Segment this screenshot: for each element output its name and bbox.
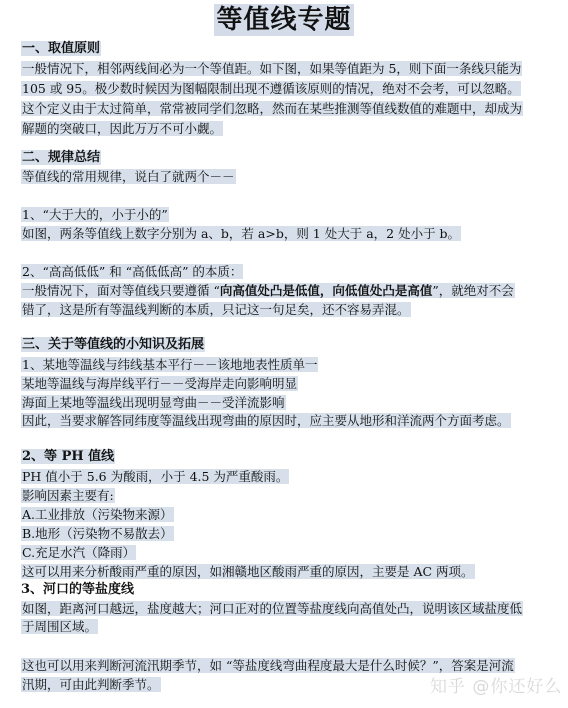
paragraph-line: PH 值小于 5.6 为酸雨，小于 4.5 为严重酸雨。: [21, 467, 289, 487]
list-item: B.地形（污染物不易散去）: [21, 524, 174, 544]
paragraph-line: 影响因素主要有:: [21, 486, 115, 506]
paragraph-line: 因此，当要求解答同纬度等温线出现弯曲的原因时，应主要从地形和洋流两个方面考虑。: [21, 411, 511, 431]
paragraph-line: 错了，这是所有等温线判断的本质，只记这一句足矣，还不容易弄混。: [21, 300, 411, 320]
paragraph-line: 105 或 95。极少数时候因为图幅限制出现不遵循该原则的情况，绝对不会考，可以…: [21, 79, 521, 99]
section-heading-1: 一、取值原则: [21, 39, 101, 59]
paragraph-line: 如图，两条等值线上数字分别为 a、b，若 a>b，则 1 处大于 a，2 处小于…: [21, 224, 461, 244]
title-container: 等值线专题: [0, 4, 568, 36]
paragraph-line: 汛期，可由此判断季节。: [21, 675, 161, 695]
paragraph-line: 海面上某地等温线出现明显弯曲－－受洋流影响: [21, 393, 286, 413]
paragraph-line: 解题的突破口，因此万万不可小觑。: [21, 119, 223, 139]
rule-1-title: 1、“大于大的，小于小的”: [21, 205, 169, 225]
paragraph-line: 1、某地等温线与纬线基本平行－－该地地表性质单一: [21, 355, 318, 375]
section-heading-3: 三、关于等值线的小知识及拓展: [21, 335, 205, 355]
paragraph-line: 一般情况下，面对等值线只要遵循 “向高值处凸是低值，向低值处凸是高值”，就绝对不…: [21, 281, 515, 301]
paragraph-line: 等值线的常用规律，说白了就两个－－: [21, 167, 236, 187]
paragraph-line: 这可以用来分析酸雨严重的原因，如湘赣地区酸雨严重的原因，主要是 AC 两项。: [21, 562, 475, 582]
paragraph-line: 于周围区域。: [21, 617, 98, 637]
rule-2-title: 2、“高高低低” 和 “高低低高” 的本质：: [21, 262, 243, 282]
page-title: 等值线专题: [214, 4, 353, 36]
paragraph-line: 一般情况下，相邻两线间必为一个等值距。如下图，如果等值距为 5，则下面一条线只能…: [21, 59, 522, 79]
emphasis-text: 向高值处凸是低值，向低值处凸是高值: [220, 283, 433, 298]
section-heading-2: 二、规律总结: [21, 148, 101, 168]
paragraph-line: 这个定义由于太过简单，常常被同学们忽略，然而在某些推测等值线数值的难题中，却成为: [21, 99, 523, 119]
ph-heading: 2、等 PH 值线: [21, 447, 115, 467]
paragraph-line: 某地等温线与海岸线平行－－受海岸走向影响明显: [21, 374, 298, 394]
list-item: C.充足水汽（降雨）: [21, 543, 136, 563]
watermark: 知乎 @你还好么: [430, 672, 562, 697]
salinity-heading: 3、河口的等盐度线: [21, 580, 134, 600]
paragraph-line: 如图，距离河口越远，盐度越大；河口正对的位置等盐度线向高值处凸，说明该区域盐度低: [21, 599, 523, 619]
list-item: A.工业排放（污染物来源）: [21, 505, 174, 525]
